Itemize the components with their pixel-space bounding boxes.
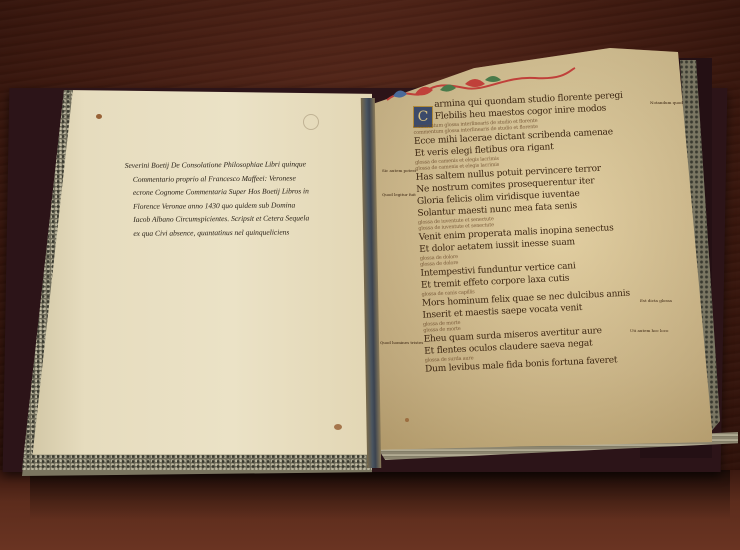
margin-note-left: Quod legitur fuit — [382, 192, 416, 197]
manuscript-text-block: armina qui quondam studio florente pereg… — [412, 89, 655, 376]
margin-note-left: Sic autem potest — [382, 168, 416, 173]
faint-ring-mark — [303, 114, 319, 130]
margin-note-left: Quod homines tristes — [380, 340, 423, 345]
handwritten-note: Severini Boetij De Consolatione Philosop… — [125, 157, 346, 240]
margin-note-right: Uti autem hoc loco — [630, 328, 668, 333]
stain-right-page — [405, 418, 409, 422]
stain-bottom-left — [334, 424, 342, 430]
margin-note-right: Notandum quod — [650, 100, 683, 105]
left-page — [22, 90, 372, 476]
margin-note-right: Est dicta glossa — [640, 298, 672, 303]
stain-top-left — [96, 114, 102, 119]
note-line: ex qua Civi absence, quantatinus nel qui… — [125, 225, 345, 240]
book-shadow — [30, 470, 730, 520]
